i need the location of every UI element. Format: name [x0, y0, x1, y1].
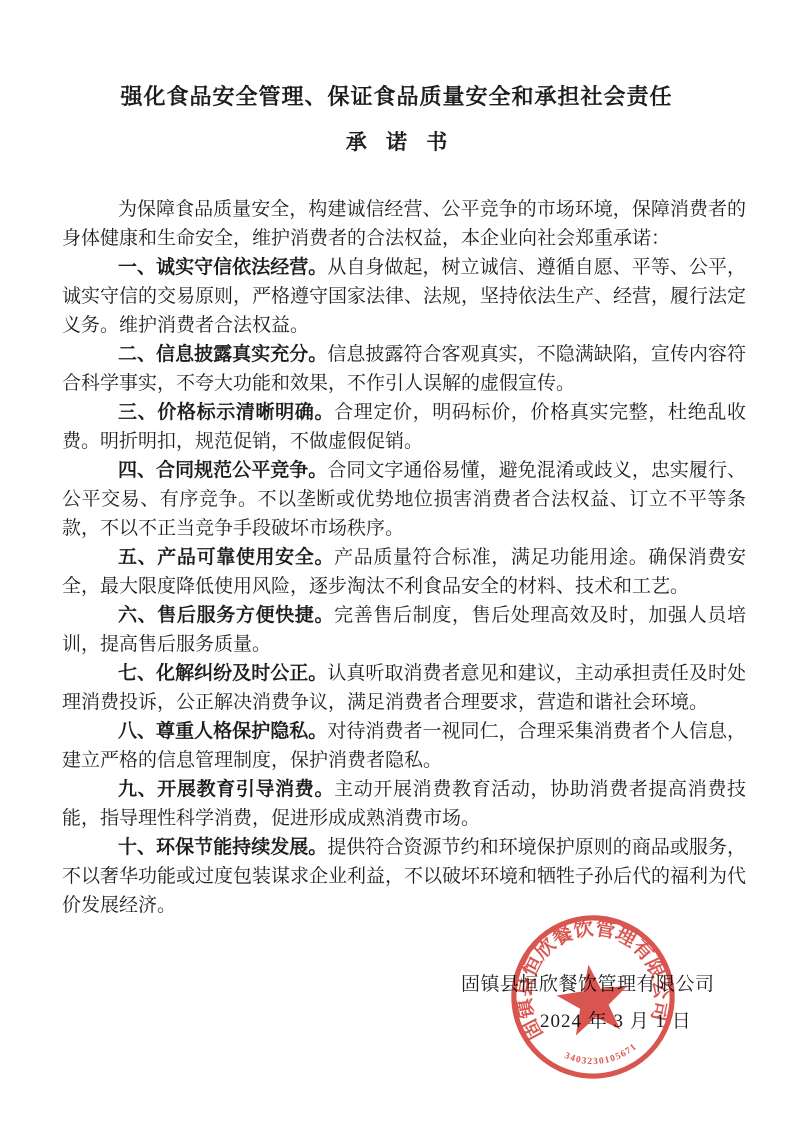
scanned-commitment-letter: 强化食品安全管理、保证食品质量安全和承担社会责任 承 诺 书 为保障食品质量安全… — [0, 0, 793, 1122]
commitment-item: 九、开展教育引导消费。主动开展消费教育活动，协助消费者提高消费技能，指导理性科学… — [62, 775, 746, 833]
item-7-head: 七、化解纠纷及时公正。 — [118, 663, 327, 684]
item-3-head: 三、价格标示清晰明确。 — [118, 402, 334, 423]
item-6-head: 六、售后服务方便快捷。 — [118, 605, 334, 626]
intro-text: 为保障食品质量安全，构建诚信经营、公平竞争的市场环境，保障消费者的身体健康和生命… — [62, 199, 746, 249]
item-2-head: 二、信息披露真实充分。 — [118, 344, 327, 365]
commitment-item: 六、售后服务方便快捷。完善售后制度，售后处理高效及时，加强人员培训，提高售后服务… — [62, 601, 746, 659]
item-5-head: 五、产品可靠使用安全。 — [118, 547, 334, 568]
seal-star-icon — [553, 960, 634, 1038]
item-1-head: 一、诚实守信依法经营。 — [118, 257, 327, 278]
commitment-item: 二、信息披露真实充分。信息披露符合客观真实，不隐满缺陷，宣传内容符合科学事实，不… — [62, 340, 746, 398]
company-seal-stamp: 固镇县恒欣餐饮管理有限公司 3403230105671 — [496, 900, 690, 1094]
commitment-item: 七、化解纠纷及时公正。认真听取消费者意见和建议，主动承担责任及时处理消费投诉，公… — [62, 659, 746, 717]
document-title: 强化食品安全管理、保证食品质量安全和承担社会责任 — [0, 80, 793, 111]
document-body: 为保障食品质量安全，构建诚信经营、公平竞争的市场环境，保障消费者的身体健康和生命… — [62, 195, 746, 920]
commitment-item: 三、价格标示清晰明确。合理定价，明码标价，价格真实完整，杜绝乱收费。明折明扣，规… — [62, 398, 746, 456]
item-8-head: 八、尊重人格保护隐私。 — [118, 721, 327, 742]
commitment-item: 四、合同规范公平竞争。合同文字通俗易懂，避免混淆或歧义，忠实履行、公平交易、有序… — [62, 456, 746, 543]
commitment-item: 八、尊重人格保护隐私。对待消费者一视同仁，合理采集消费者个人信息，建立严格的信息… — [62, 717, 746, 775]
intro-paragraph: 为保障食品质量安全，构建诚信经营、公平竞争的市场环境，保障消费者的身体健康和生命… — [62, 195, 746, 253]
commitment-item: 一、诚实守信依法经营。从自身做起，树立诚信、遵循自愿、平等、公平，诚实守信的交易… — [62, 253, 746, 340]
item-4-head: 四、合同规范公平竞争。 — [118, 460, 327, 481]
commitment-item: 五、产品可靠使用安全。产品质量符合标准，满足功能用途。确保消费安全，最大限度降低… — [62, 543, 746, 601]
item-10-head: 十、环保节能持续发展。 — [118, 837, 327, 858]
document-subtitle: 承 诺 书 — [0, 126, 793, 156]
item-9-head: 九、开展教育引导消费。 — [118, 779, 334, 800]
